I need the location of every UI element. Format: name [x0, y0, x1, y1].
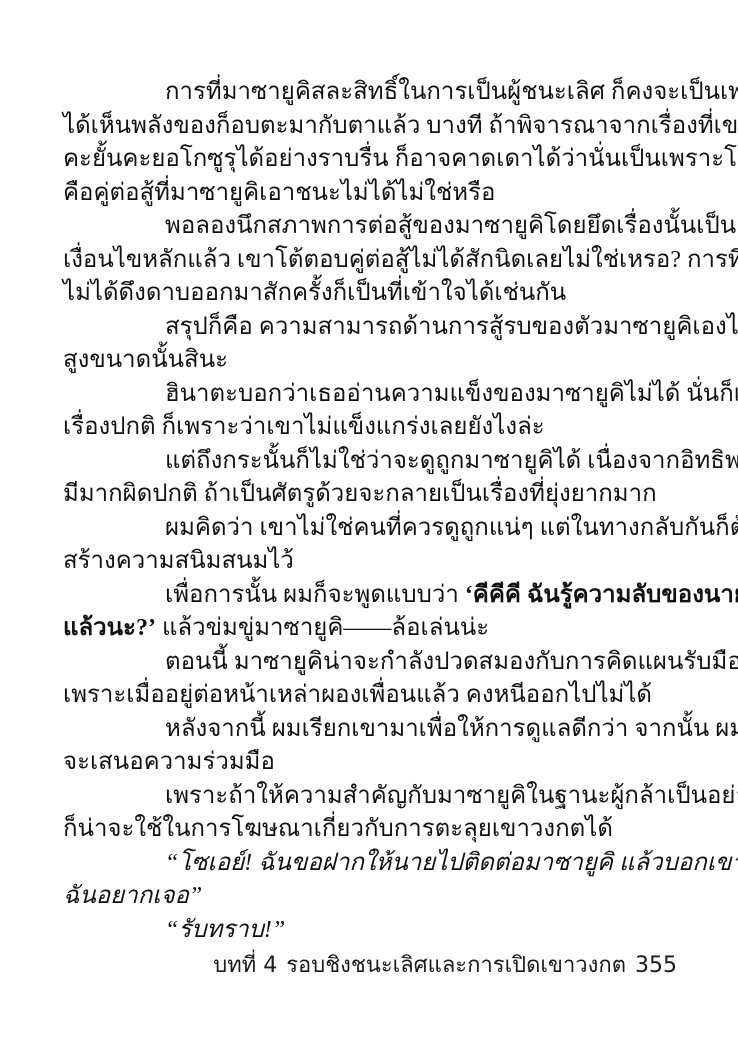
paragraph: ผมคิดว่า เขาไม่ใช่คนที่ควรดูถูกแน่ๆ แต่ใ… — [63, 512, 679, 579]
text-segment: ฉันอยากเจอ” — [63, 883, 202, 909]
text-line: ก็น่าจะใช้ในการโฆษณาเกี่ยวกับการตะลุยเขา… — [63, 813, 679, 847]
bold-text-segment: แล้วนะ?’ — [63, 615, 156, 641]
text-segment: ได้เห็นพลังของก็อบตะมากับตาแล้ว บางที ถ้… — [63, 113, 738, 139]
paragraph: หลังจากนี้ ผมเรียกเขามาเพื่อให้การดูแลดี… — [63, 713, 679, 780]
paragraph: เพื่อการนั้น ผมก็จะพูดแบบว่า ‘คีคีคี ฉัน… — [63, 579, 679, 646]
text-line: หลังจากนี้ ผมเรียกเขามาเพื่อให้การดูแลดี… — [63, 713, 679, 747]
text-line: ไม่ได้ดึงดาบออกมาสักครั้งก็เป็นที่เข้าใจ… — [63, 277, 679, 311]
text-line: แล้วนะ?’ แล้วข่มขู่มาซายูคิ——ล้อเล่นน่ะ — [63, 612, 679, 646]
text-segment: คะยั้นคะยอโกซูรุได้อย่างราบรื่น ก็อาจคาด… — [63, 146, 738, 172]
text-segment: สรุปก็คือ ความสามารถด้านการสู้รบของตัวมา… — [165, 314, 738, 340]
paragraph: ตอนนี้ มาซายูคิน่าจะกำลังปวดสมองกับการคิ… — [63, 646, 679, 713]
footer-page-number: 355 — [635, 953, 677, 978]
text-line: ได้เห็นพลังของก็อบตะมากับตาแล้ว บางที ถ้… — [63, 110, 679, 144]
text-line: เพราะเมื่ออยู่ต่อหน้าเหล่าผองเพื่อนแล้ว … — [63, 679, 679, 713]
text-segment: ก็น่าจะใช้ในการโฆษณาเกี่ยวกับการตะลุยเขา… — [63, 816, 613, 842]
text-line: “รับทราบ!” — [63, 914, 679, 948]
text-segment: เพื่อการนั้น ผมก็จะพูดแบบว่า — [165, 582, 465, 608]
text-line: แต่ถึงกระนั้นก็ไม่ใช่ว่าจะดูถูกมาซายูคิไ… — [63, 445, 679, 479]
text-segment: ตอนนี้ มาซายูคิน่าจะกำลังปวดสมองกับการคิ… — [165, 649, 738, 675]
text-segment: ฮินาตะบอกว่าเธออ่านความแข็งของมาซายูคิไม… — [165, 381, 738, 407]
paragraph: การที่มาซายูคิสละสิทธิ์ในการเป็นผู้ชนะเล… — [63, 76, 679, 210]
footer-chapter-title: รอบชิงชนะเลิศและการเปิดเขาวงกต — [286, 953, 626, 978]
paragraph: “รับทราบ!” — [63, 914, 679, 948]
text-segment: แล้วข่มขู่มาซายูคิ——ล้อเล่นน่ะ — [156, 615, 489, 641]
paragraph: “โซเอย์! ฉันขอฝากให้นายไปติดต่อมาซายูคิ … — [63, 847, 679, 914]
paragraph: แต่ถึงกระนั้นก็ไม่ใช่ว่าจะดูถูกมาซายูคิไ… — [63, 445, 679, 512]
text-segment: ผมคิดว่า เขาไม่ใช่คนที่ควรดูถูกแน่ๆ แต่ใ… — [165, 515, 738, 541]
text-line: ฉันอยากเจอ” — [63, 880, 679, 914]
text-line: สูงขนาดนั้นสินะ — [63, 344, 679, 378]
text-segment: คือคู่ต่อสู้ที่มาซายูคิเอาชนะไม่ได้ไม่ใช… — [63, 180, 495, 206]
text-line: ผมคิดว่า เขาไม่ใช่คนที่ควรดูถูกแน่ๆ แต่ใ… — [63, 512, 679, 546]
text-segment: เรื่องปกติ ก็เพราะว่าเขาไม่แข็งแกร่งเลยย… — [63, 414, 545, 440]
text-line: เพื่อการนั้น ผมก็จะพูดแบบว่า ‘คีคีคี ฉัน… — [63, 579, 679, 613]
text-segment: “โซเอย์! ฉันขอฝากให้นายไปติดต่อมาซายูคิ … — [165, 850, 738, 876]
text-segment: สร้างความสนิมสนมไว้ — [63, 548, 294, 574]
text-line: เรื่องปกติ ก็เพราะว่าเขาไม่แข็งแกร่งเลยย… — [63, 411, 679, 445]
text-line: มีมากผิดปกติ ถ้าเป็นศัตรูด้วยจะกลายเป็นเ… — [63, 478, 679, 512]
text-segment: ไม่ได้ดึงดาบออกมาสักครั้งก็เป็นที่เข้าใจ… — [63, 280, 566, 306]
paragraph: เพราะถ้าให้ความสำคัญกับมาซายูคิในฐานะผู้… — [63, 780, 679, 847]
text-segment: สูงขนาดนั้นสินะ — [63, 347, 228, 373]
text-line: เงื่อนไขหลักแล้ว เขาโต้ตอบคู่ต่อสู้ไม่ได… — [63, 244, 679, 278]
text-block: การที่มาซายูคิสละสิทธิ์ในการเป็นผู้ชนะเล… — [63, 76, 679, 947]
text-line: การที่มาซายูคิสละสิทธิ์ในการเป็นผู้ชนะเล… — [63, 76, 679, 110]
paragraph: พอลองนึกสภาพการต่อสู้ของมาซายูคิโดยยึดเร… — [63, 210, 679, 311]
paragraph: สรุปก็คือ ความสามารถด้านการสู้รบของตัวมา… — [63, 311, 679, 378]
text-segment: “รับทราบ!” — [165, 917, 285, 943]
text-line: ตอนนี้ มาซายูคิน่าจะกำลังปวดสมองกับการคิ… — [63, 646, 679, 680]
text-line: พอลองนึกสภาพการต่อสู้ของมาซายูคิโดยยึดเร… — [63, 210, 679, 244]
text-line: ฮินาตะบอกว่าเธออ่านความแข็งของมาซายูคิไม… — [63, 378, 679, 412]
text-segment: หลังจากนี้ ผมเรียกเขามาเพื่อให้การดูแลดี… — [165, 716, 738, 742]
text-line: “โซเอย์! ฉันขอฝากให้นายไปติดต่อมาซายูคิ … — [63, 847, 679, 881]
text-segment: การที่มาซายูคิสละสิทธิ์ในการเป็นผู้ชนะเล… — [165, 79, 738, 105]
text-segment: พอลองนึกสภาพการต่อสู้ของมาซายูคิโดยยึดเร… — [165, 213, 736, 239]
footer-chapter-label: บทที่ 4 — [213, 953, 277, 978]
text-segment: จะเสนอความร่วมมือ — [63, 749, 275, 775]
text-segment: เพราะถ้าให้ความสำคัญกับมาซายูคิในฐานะผู้… — [165, 783, 738, 809]
bold-text-segment: ‘คีคีคี ฉันรู้ความลับของนาย — [465, 582, 738, 608]
text-line: คะยั้นคะยอโกซูรุได้อย่างราบรื่น ก็อาจคาด… — [63, 143, 679, 177]
text-line: สรุปก็คือ ความสามารถด้านการสู้รบของตัวมา… — [63, 311, 679, 345]
page-footer: บทที่ 4รอบชิงชนะเลิศและการเปิดเขาวงกต355 — [213, 951, 677, 981]
text-line: จะเสนอความร่วมมือ — [63, 746, 679, 780]
text-segment: มีมากผิดปกติ ถ้าเป็นศัตรูด้วยจะกลายเป็นเ… — [63, 481, 657, 507]
paragraph: ฮินาตะบอกว่าเธออ่านความแข็งของมาซายูคิไม… — [63, 378, 679, 445]
text-line: คือคู่ต่อสู้ที่มาซายูคิเอาชนะไม่ได้ไม่ใช… — [63, 177, 679, 211]
text-segment: แต่ถึงกระนั้นก็ไม่ใช่ว่าจะดูถูกมาซายูคิไ… — [165, 448, 738, 474]
book-page: การที่มาซายูคิสละสิทธิ์ในการเป็นผู้ชนะเล… — [0, 0, 738, 1051]
text-segment: เงื่อนไขหลักแล้ว เขาโต้ตอบคู่ต่อสู้ไม่ได… — [63, 247, 738, 273]
text-line: เพราะถ้าให้ความสำคัญกับมาซายูคิในฐานะผู้… — [63, 780, 679, 814]
text-segment: เพราะเมื่ออยู่ต่อหน้าเหล่าผองเพื่อนแล้ว … — [63, 682, 652, 708]
text-line: สร้างความสนิมสนมไว้ — [63, 545, 679, 579]
